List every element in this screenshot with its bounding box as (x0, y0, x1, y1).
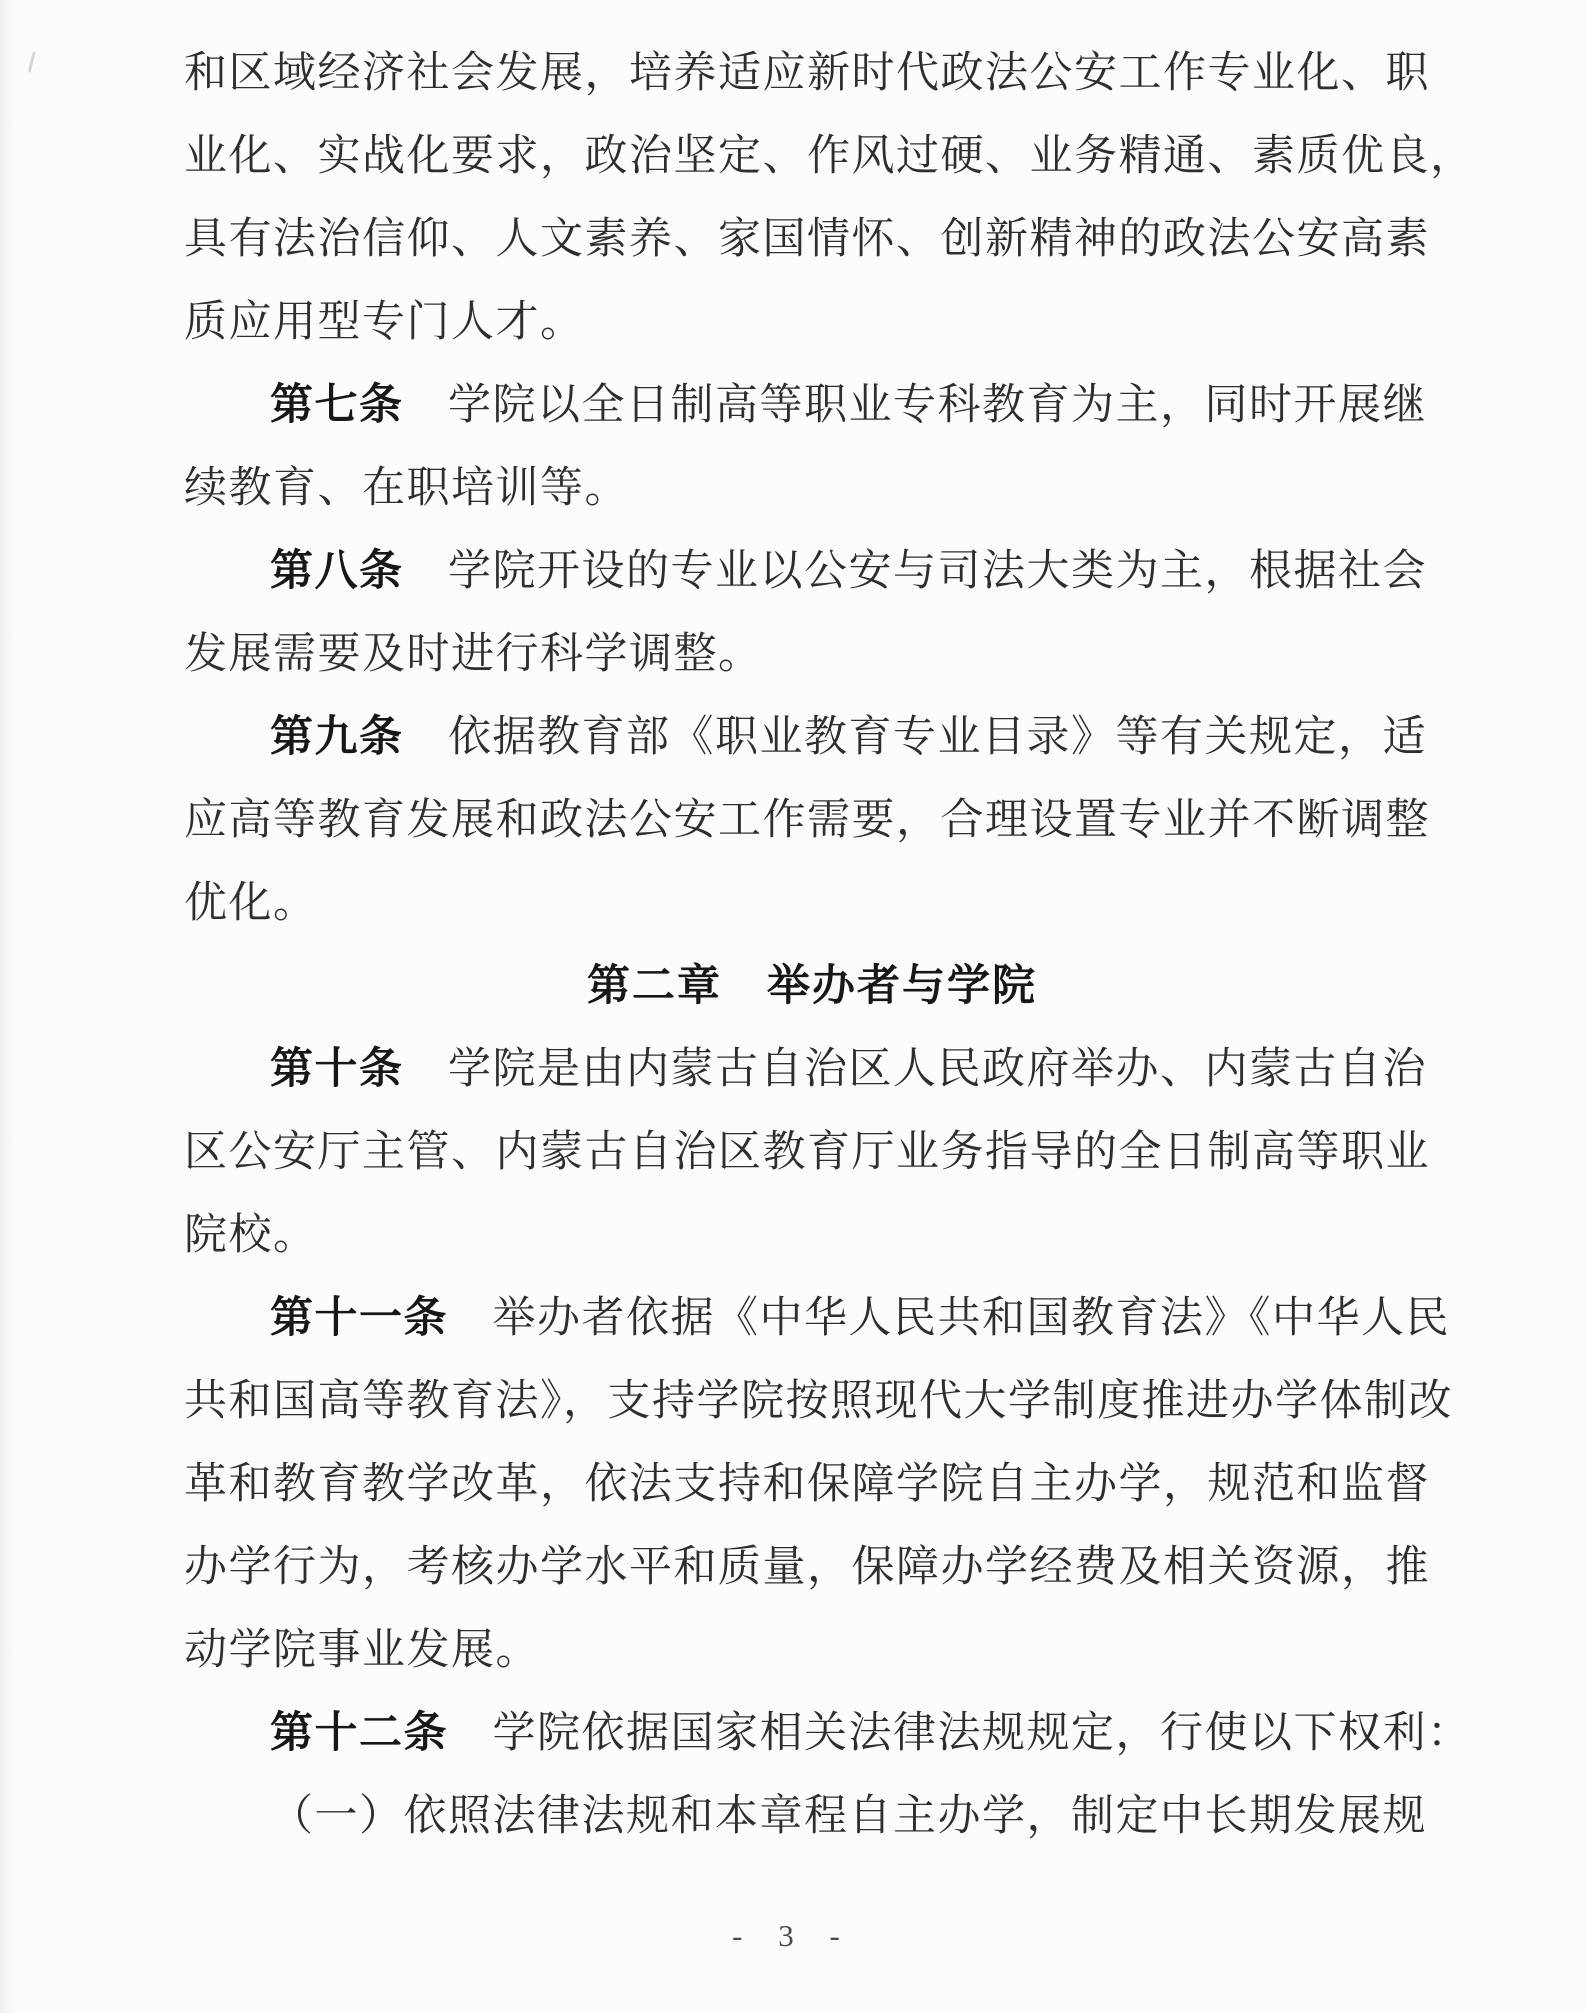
text-line: 第十条 学院是由内蒙古自治区人民政府举办、内蒙古自治 (184, 1028, 1440, 1111)
text-run: 续教育、在职培训等。 (184, 465, 629, 512)
text-run: （一）依照法律法规和本章程自主办学，制定中长期发展规 (270, 1793, 1427, 1840)
text-run: 学院是由内蒙古自治区人民政府举办、内蒙古自治 (404, 1046, 1428, 1093)
text-line: 和区域经济社会发展，培养适应新时代政法公安工作专业化、职 (184, 32, 1440, 115)
text-run: 学院以全日制高等职业专科教育为主，同时开展继 (404, 382, 1428, 429)
text-line: 区公安厅主管、内蒙古自治区教育厅业务指导的全日制高等职业 (184, 1111, 1440, 1194)
text-run: 发展需要及时进行科学调整。 (184, 631, 763, 678)
text-line: 优化。 (184, 862, 1440, 945)
text-line: （一）依照法律法规和本章程自主办学，制定中长期发展规 (184, 1775, 1440, 1858)
text-run: 学院开设的专业以公安与司法大类为主，根据社会 (404, 548, 1428, 595)
article-label: 第十一条 (270, 1295, 448, 1342)
text-line: 发展需要及时进行科学调整。 (184, 613, 1440, 696)
text-line: 共和国高等教育法》，支持学院按照现代大学制度推进办学体制改 (184, 1360, 1440, 1443)
text-run: 办学行为，考核办学水平和质量，保障办学经费及相关资源，推 (184, 1544, 1430, 1591)
text-run: 院校。 (184, 1212, 318, 1259)
text-line: 院校。 (184, 1194, 1440, 1277)
text-run: 举办者依据《中华人民共和国教育法》《中华人民 (448, 1295, 1450, 1342)
text-line: 第七条 学院以全日制高等职业专科教育为主，同时开展继 (184, 364, 1440, 447)
text-line: 质应用型专门人才。 (184, 281, 1440, 364)
chapter-heading: 第二章 举办者与学院 (184, 945, 1440, 1028)
document-body: 和区域经济社会发展，培养适应新时代政法公安工作专业化、职业化、实战化要求，政治坚… (0, 0, 1586, 1858)
text-run: 学院依据国家相关法律法规规定，行使以下权利： (448, 1710, 1472, 1757)
text-line: 续教育、在职培训等。 (184, 447, 1440, 530)
text-line: 具有法治信仰、人文素养、家国情怀、创新精神的政法公安高素 (184, 198, 1440, 281)
text-run: 依据教育部《职业教育专业目录》等有关规定，适 (404, 714, 1428, 761)
text-line: 第八条 学院开设的专业以公安与司法大类为主，根据社会 (184, 530, 1440, 613)
text-line: 第十二条 学院依据国家相关法律法规规定，行使以下权利： (184, 1692, 1440, 1775)
article-label: 第七条 (270, 382, 404, 429)
article-label: 第十条 (270, 1046, 404, 1093)
text-line: 业化、实战化要求，政治坚定、作风过硬、业务精通、素质优良， (184, 115, 1440, 198)
article-label: 第二章 举办者与学院 (587, 963, 1037, 1010)
text-run: 动学院事业发展。 (184, 1627, 540, 1674)
document-page: 和区域经济社会发展，培养适应新时代政法公安工作专业化、职业化、实战化要求，政治坚… (0, 0, 1586, 2013)
text-run: 优化。 (184, 880, 318, 927)
text-run: 应高等教育发展和政法公安工作需要，合理设置专业并不断调整 (184, 797, 1430, 844)
article-label: 第九条 (270, 714, 404, 761)
page-number: - 3 - (0, 1918, 1586, 1954)
text-run: 和区域经济社会发展，培养适应新时代政法公安工作专业化、职 (184, 50, 1430, 97)
text-run: 革和教育教学改革，依法支持和保障学院自主办学，规范和监督 (184, 1461, 1430, 1508)
text-line: 革和教育教学改革，依法支持和保障学院自主办学，规范和监督 (184, 1443, 1440, 1526)
text-run: 业化、实战化要求，政治坚定、作风过硬、业务精通、素质优良， (184, 133, 1475, 180)
text-line: 第九条 依据教育部《职业教育专业目录》等有关规定，适 (184, 696, 1440, 779)
text-line: 应高等教育发展和政法公安工作需要，合理设置专业并不断调整 (184, 779, 1440, 862)
text-run: 区公安厅主管、内蒙古自治区教育厅业务指导的全日制高等职业 (184, 1129, 1430, 1176)
text-run: 具有法治信仰、人文素养、家国情怀、创新精神的政法公安高素 (184, 216, 1430, 263)
text-line: 第十一条 举办者依据《中华人民共和国教育法》《中华人民 (184, 1277, 1440, 1360)
text-run: 质应用型专门人才。 (184, 299, 585, 346)
article-label: 第八条 (270, 548, 404, 595)
text-line: 办学行为，考核办学水平和质量，保障办学经费及相关资源，推 (184, 1526, 1440, 1609)
text-line: 动学院事业发展。 (184, 1609, 1440, 1692)
text-run: 共和国高等教育法》，支持学院按照现代大学制度推进办学体制改 (184, 1378, 1453, 1425)
article-label: 第十二条 (270, 1710, 448, 1757)
